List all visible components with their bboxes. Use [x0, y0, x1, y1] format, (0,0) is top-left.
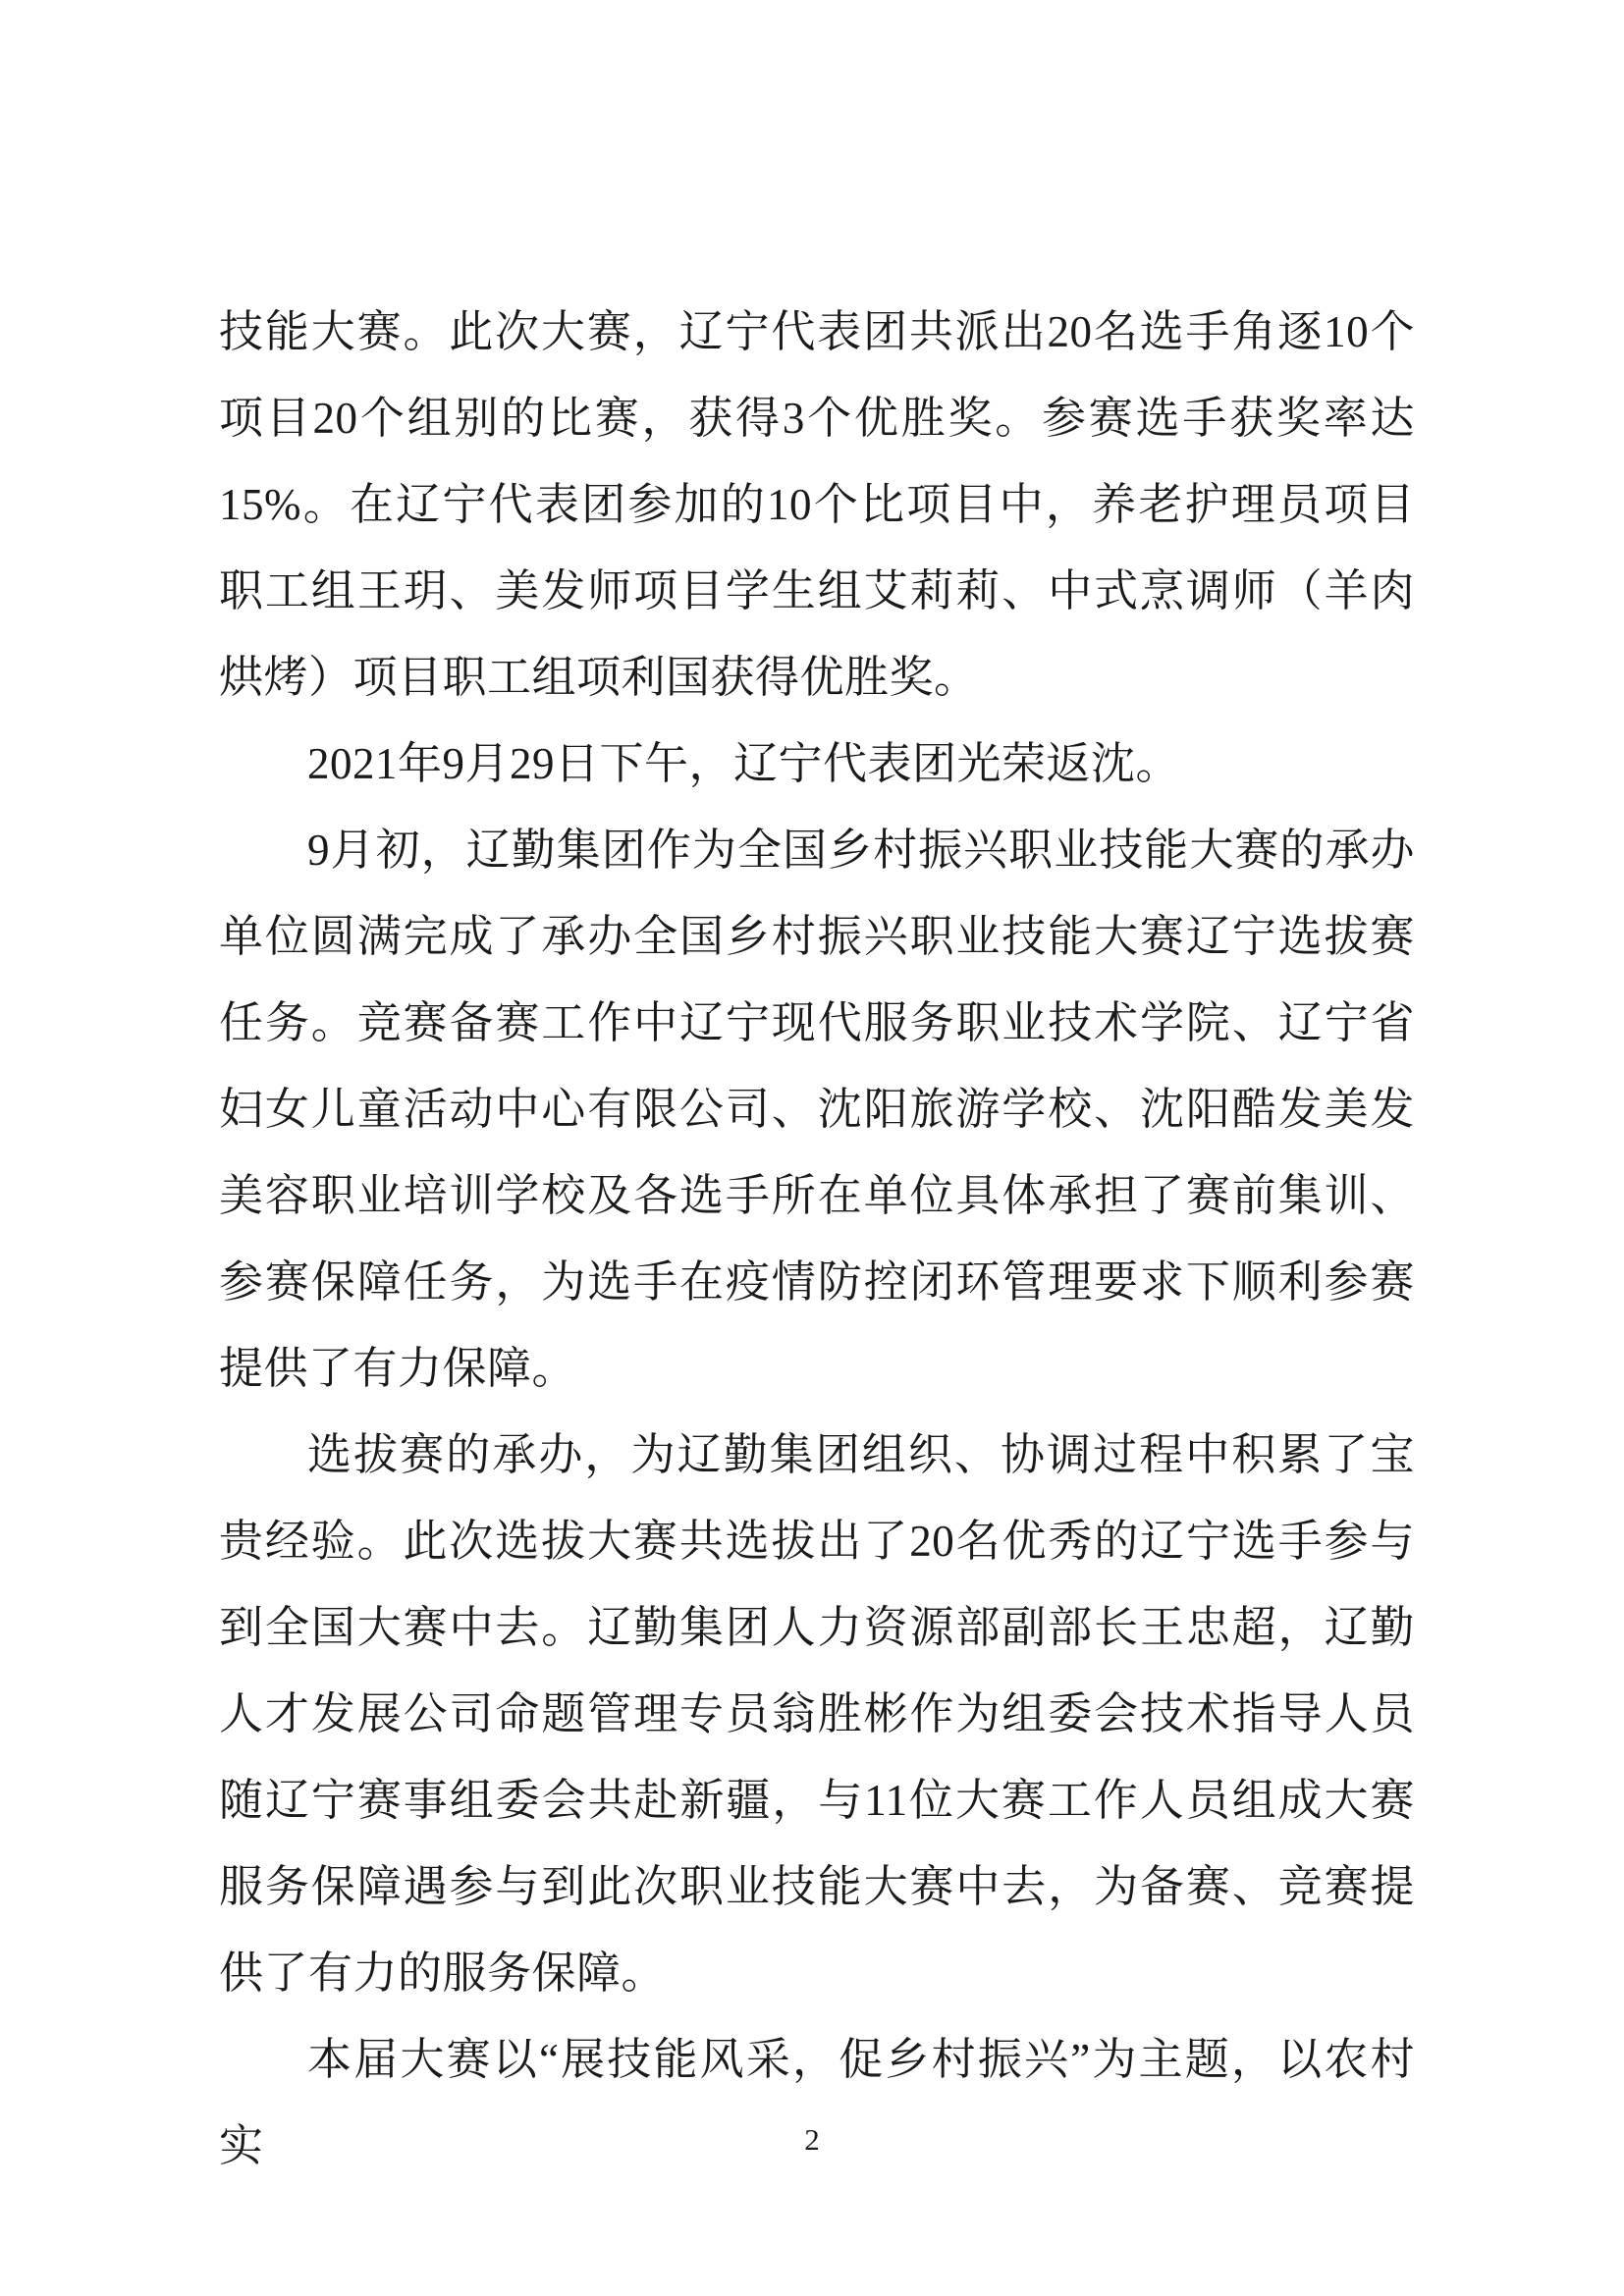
paragraph: 9月初，辽勤集团作为全国乡村振兴职业技能大赛的承办单位圆满完成了承办全国乡村振兴…: [219, 807, 1415, 1412]
paragraph: 本届大赛以“展技能风采，促乡村振兴”为主题，以农村实: [219, 2016, 1415, 2189]
paragraph: 技能大赛。此次大赛，辽宁代表团共派出20名选手角逐10个项目20个组别的比赛，获…: [219, 289, 1415, 721]
paragraph: 选拔赛的承办，为辽勤集团组织、协调过程中积累了宝贵经验。此次选拔大赛共选拔出了2…: [219, 1412, 1415, 2016]
document-body: 技能大赛。此次大赛，辽宁代表团共派出20名选手角逐10个项目20个组别的比赛，获…: [219, 289, 1415, 2189]
paragraph: 2021年9月29日下午，辽宁代表团光荣返沈。: [219, 721, 1415, 807]
page-number: 2: [0, 2120, 1624, 2160]
document-page: 技能大赛。此次大赛，辽宁代表团共派出20名选手角逐10个项目20个组别的比赛，获…: [0, 0, 1624, 2296]
